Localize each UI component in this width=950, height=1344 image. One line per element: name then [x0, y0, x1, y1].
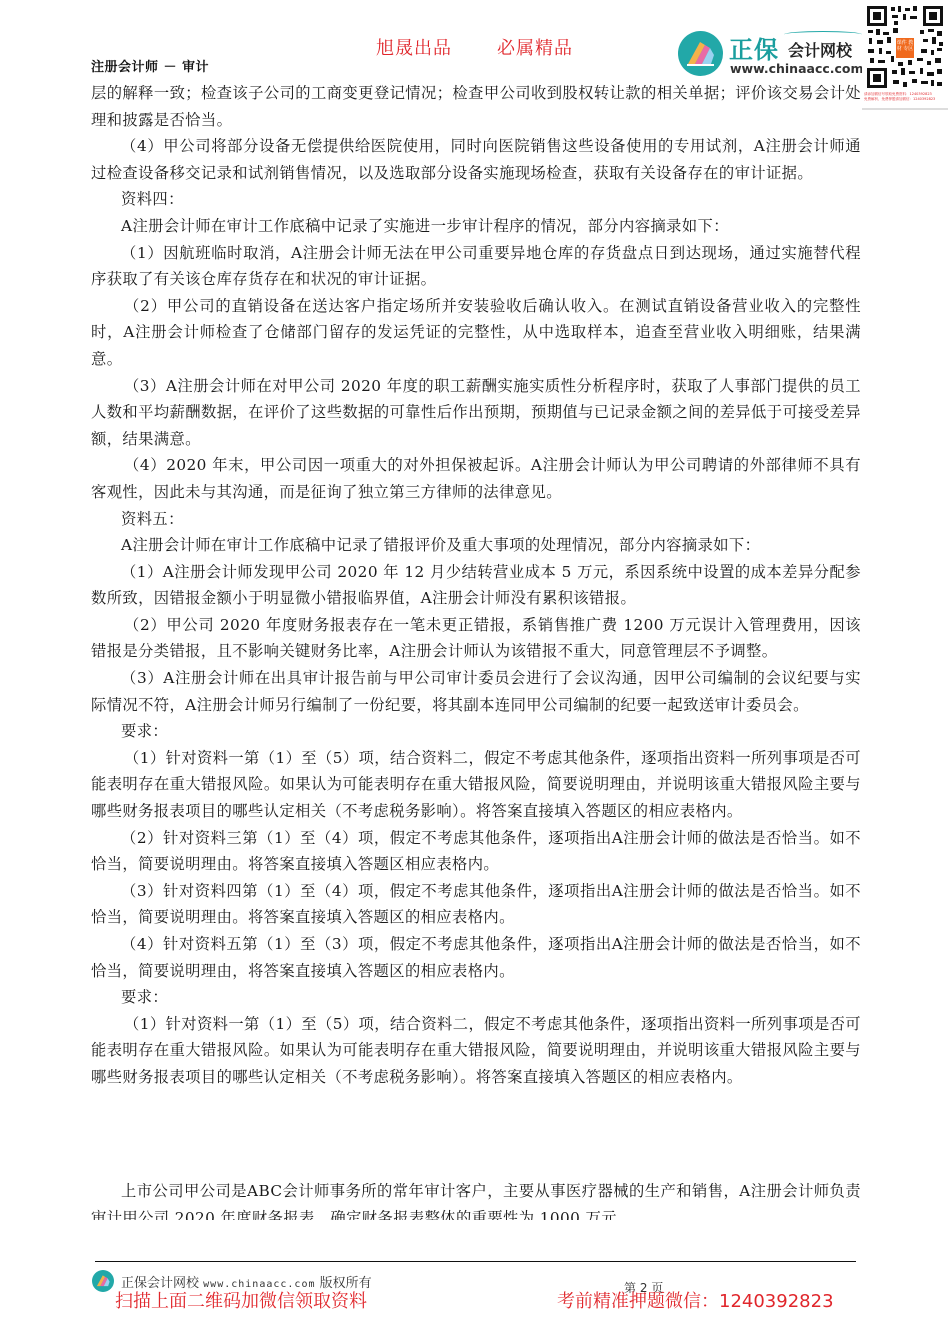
- paragraph: （1）因航班临时取消，A注册会计师无法在甲公司重要异地仓库的存货盘点日到达现场，…: [91, 240, 861, 293]
- qr-badge: 课件 教材 专区: [896, 38, 914, 58]
- paragraph: （2）甲公司 2020 年度财务报表存在一笔未更正错报，系销售推广费 1200 …: [91, 612, 861, 665]
- footer-logo-icon: [92, 1270, 114, 1292]
- logo-arc: [784, 31, 862, 38]
- header-subject: 注册会计师 － 审计: [91, 56, 209, 75]
- paragraph: （4）甲公司将部分设备无偿提供给医院使用，同时向医院销售这些设备使用的专用试剂，…: [91, 133, 861, 186]
- paragraph: （3）A注册会计师在对甲公司 2020 年度的职工薪酬实施实质性分析程序时，获取…: [91, 373, 861, 453]
- qr-caption: 请添加微信号领取免费资料：1240392823 免费解析、免费押题请加微信：12…: [864, 92, 948, 102]
- chinaacc-logo-icon: [678, 31, 723, 76]
- paragraph: 层的解释一致；检查该子公司的工商变更登记情况；检查甲公司收到股权转让款的相关单据…: [91, 80, 861, 133]
- document-body: 层的解释一致；检查该子公司的工商变更登记情况；检查甲公司收到股权转让款的相关单据…: [91, 80, 861, 1091]
- qr-code-block: 课件 教材 专区 请添加微信号领取免费资料：1240392823 免费解析、免费…: [862, 4, 948, 110]
- paragraph: 上市公司甲公司是ABC会计师事务所的常年审计客户，主要从事医疗器械的生产和销售，…: [91, 1178, 861, 1220]
- paragraph: （3）A注册会计师在出具审计报告前与甲公司审计委员会进行了会议沟通，因甲公司编制…: [91, 665, 861, 718]
- header-watermark-left: 旭晟出品: [376, 34, 452, 60]
- clipped-paragraph: 上市公司甲公司是ABC会计师事务所的常年审计客户，主要从事医疗器械的生产和销售，…: [91, 1178, 861, 1220]
- footer-divider: [95, 1261, 856, 1262]
- header-watermark-right: 必属精品: [497, 34, 573, 60]
- section-heading: 要求：: [91, 718, 861, 745]
- footer-promo-left: 扫描上面二维码加微信领取资料: [115, 1287, 367, 1313]
- paragraph: （1）针对资料一第（1）至（5）项，结合资料二，假定不考虑其他条件，逐项指出资料…: [91, 745, 861, 825]
- paragraph: （1）针对资料一第（1）至（5）项，结合资料二，假定不考虑其他条件，逐项指出资料…: [91, 1011, 861, 1091]
- paragraph: （1）A注册会计师发现甲公司 2020 年 12 月少结转营业成本 5 万元，系…: [91, 559, 861, 612]
- paragraph: （4）2020 年末，甲公司因一项重大的对外担保被起诉。A注册会计师认为甲公司聘…: [91, 452, 861, 505]
- chinaacc-logo: 正保 会计网校 www.chinaacc.com: [678, 28, 863, 78]
- logo-school: 会计网校: [788, 38, 852, 61]
- paragraph: （4）针对资料五第（1）至（3）项，假定不考虑其他条件，逐项指出A注册会计师的做…: [91, 931, 861, 984]
- paragraph: （2）针对资料三第（1）至（4）项，假定不考虑其他条件，逐项指出A注册会计师的做…: [91, 825, 861, 878]
- qr-shadow: [862, 108, 948, 110]
- paragraph: （3）针对资料四第（1）至（4）项，假定不考虑其他条件，逐项指出A注册会计师的做…: [91, 878, 861, 931]
- paragraph: （2）甲公司的直销设备在送达客户指定场所并安装验收后确认收入。在测试直销设备营业…: [91, 293, 861, 373]
- logo-url: www.chinaacc.com: [730, 61, 864, 76]
- footer-promo-right: 考前精准押题微信：1240392823: [557, 1287, 834, 1313]
- section-heading: 资料四：: [91, 186, 861, 213]
- paragraph: A注册会计师在审计工作底稿中记录了错报评价及重大事项的处理情况，部分内容摘录如下…: [91, 532, 861, 559]
- section-heading: 要求：: [91, 984, 861, 1011]
- document-page: 旭晟出品 必属精品 注册会计师 － 审计 正保 会计网校 www.chinaac…: [0, 0, 950, 1344]
- paragraph: A注册会计师在审计工作底稿中记录了实施进一步审计程序的情况，部分内容摘录如下：: [91, 213, 861, 240]
- section-heading: 资料五：: [91, 506, 861, 533]
- logo-brand: 正保: [729, 30, 779, 65]
- qr-caption-line2: 免费解析、免费押题请加微信：1240392823: [864, 97, 948, 102]
